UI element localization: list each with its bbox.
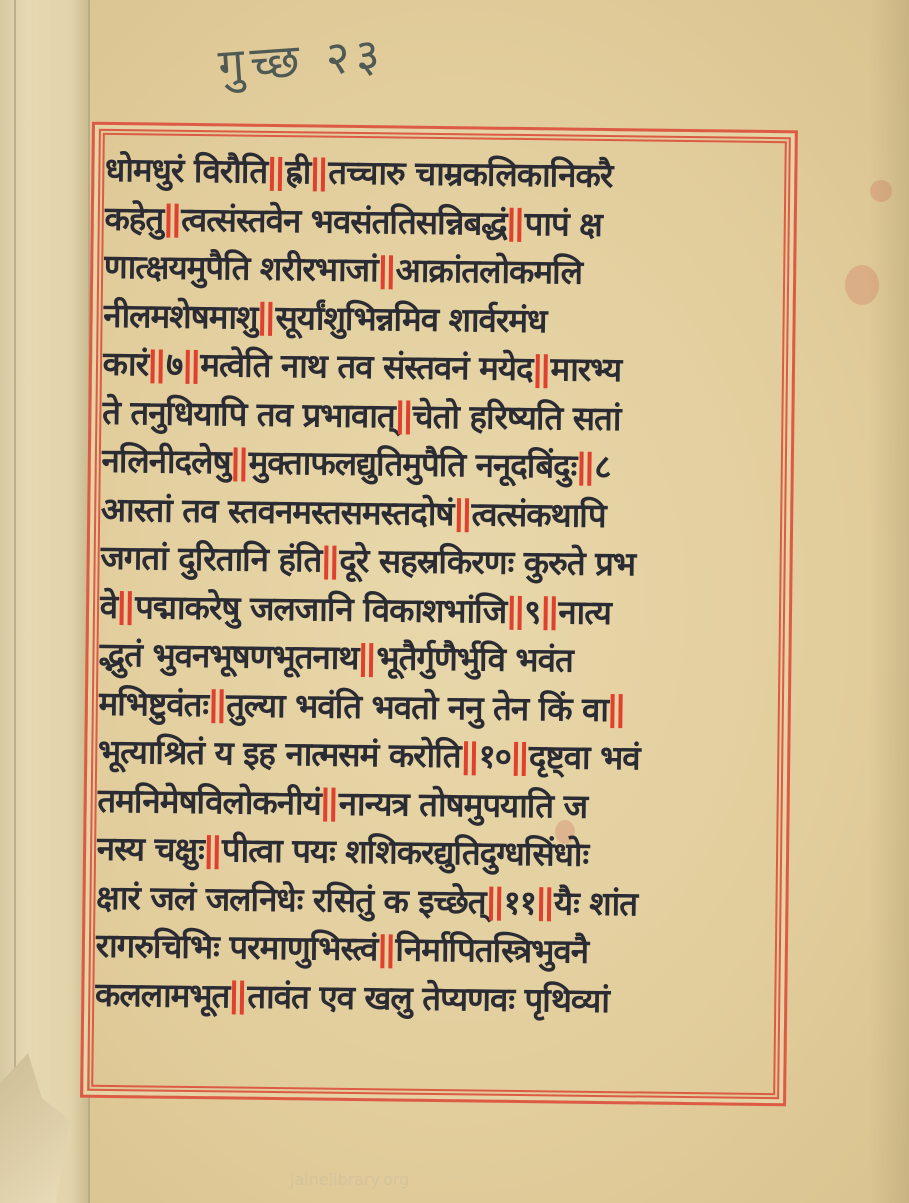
verse-text: मुक्ताफलद्युतिमुपैति ननूदबिंदुः bbox=[248, 443, 576, 486]
red-stain bbox=[845, 265, 879, 305]
verse-text: दूरे सहस्रकिरणः कुरुते प्रभ bbox=[339, 541, 635, 584]
verse-text: दृष्ट्वा भवं bbox=[529, 737, 640, 777]
red-stain bbox=[870, 180, 892, 202]
double-danda-mark bbox=[539, 887, 551, 921]
double-danda-mark bbox=[151, 349, 163, 383]
verse-text: मत्वेति नाथ तव संस्तवनं मयेद bbox=[200, 345, 533, 388]
verse-text: सूर्यांशुभिन्नमिव शार्वरमंध bbox=[275, 297, 546, 339]
watermark: jainelibrary.org bbox=[290, 1170, 409, 1189]
double-danda-mark bbox=[207, 835, 219, 869]
double-danda-mark bbox=[535, 354, 547, 388]
double-danda-mark bbox=[324, 788, 336, 822]
double-danda-mark bbox=[260, 302, 272, 336]
verse-text: त्वत्संस्तवेन भवसंततिसन्निबद्धं bbox=[181, 199, 507, 242]
double-danda-mark bbox=[456, 498, 468, 532]
double-danda-mark bbox=[380, 255, 392, 289]
double-danda-mark bbox=[488, 887, 500, 921]
double-danda-mark bbox=[463, 741, 475, 775]
manuscript-line: कहेतुत्वत्संस्तवेन भवसंततिसन्निबद्धंपापं… bbox=[104, 194, 795, 251]
verse-text: ७ bbox=[166, 345, 183, 384]
verse-text: नलिनीदलेषु bbox=[101, 441, 231, 482]
manuscript-line: तमनिमेषविलोकनीयंनान्यत्र तोषमुपयाति ज bbox=[97, 776, 788, 833]
verse-text: तुल्या भवंति भवतो ननु तेन किं वा bbox=[226, 685, 608, 729]
verse-text: ९ bbox=[524, 591, 541, 630]
manuscript-line: नस्य चक्षुःपीत्वा पयः शशिकरद्युतिदुग्धसि… bbox=[96, 825, 787, 882]
double-danda-mark bbox=[361, 642, 373, 676]
manuscript-line: णात्क्षयमुपैति शरीरभाजांआक्रांतलोकमलि bbox=[104, 243, 795, 300]
double-danda-mark bbox=[166, 204, 178, 238]
verse-text: णात्क्षयमुपैति शरीरभाजां bbox=[104, 247, 378, 289]
double-danda-mark bbox=[509, 596, 521, 630]
manuscript-line: कारं७मत्वेति नाथ तव संस्तवनं मयेदमारभ्य bbox=[102, 340, 793, 397]
manuscript-line: आस्तां तव स्तवनमस्तसमस्तदोषंत्वत्संकथापि bbox=[101, 485, 792, 542]
verse-text: यैः शांत bbox=[554, 883, 638, 923]
verse-text: रागरुचिभिः परमाणुभिस्त्वं bbox=[95, 926, 377, 968]
verse-text: आस्तां तव स्तवनमस्तसमस्तदोषं bbox=[101, 489, 454, 532]
verse-text: पापं क्ष bbox=[524, 203, 602, 243]
double-danda-mark bbox=[233, 447, 245, 481]
double-danda-mark bbox=[397, 400, 409, 434]
manuscript-line: कललामभूततावंत एव खलु तेप्यणवः पृथिव्यां bbox=[95, 970, 786, 1027]
verse-text: पद्माकरेषु जलजानि विकाशभांजि bbox=[135, 587, 507, 631]
manuscript-line: वेपद्माकरेषु जलजानि विकाशभांजि९नात्य bbox=[99, 582, 790, 639]
double-danda-mark bbox=[185, 349, 197, 383]
verse-text: नस्य चक्षुः bbox=[97, 829, 205, 869]
verse-text: ८ bbox=[594, 447, 611, 486]
verse-text: कारं bbox=[102, 344, 148, 384]
verse-text: भूत्याश्रितं य इह नात्मसमं करोति bbox=[98, 732, 461, 775]
verse-text: वे bbox=[100, 586, 118, 625]
double-danda-mark bbox=[543, 596, 555, 630]
double-danda-mark bbox=[514, 741, 526, 775]
double-danda-mark bbox=[579, 451, 591, 485]
double-danda-mark bbox=[232, 980, 244, 1014]
binding-strip bbox=[0, 0, 90, 1203]
verse-text: पीत्वा पयः शशिकरद्युतिदुग्धसिंधोः bbox=[222, 830, 589, 873]
verse-text: ११ bbox=[503, 882, 536, 921]
verse-text: धोमधुरं विरौति bbox=[105, 150, 268, 191]
verse-text: द्भुतं भुवनभूषणभूतनाथ bbox=[99, 635, 359, 677]
manuscript-line: जगतां दुरितानि हंतिदूरे सहस्रकिरणः कुरुत… bbox=[100, 534, 791, 591]
manuscript-line: रागरुचिभिः परमाणुभिस्त्वंनिर्मापितस्त्रि… bbox=[95, 922, 786, 979]
double-danda-mark bbox=[380, 934, 392, 968]
verse-text: तच्चारु चाम्रकलिकानिकरै bbox=[328, 153, 613, 195]
verse-text: कहेतु bbox=[104, 198, 163, 238]
manuscript-line: द्भुतं भुवनभूषणभूतनाथभूतैर्गुणैर्भुवि भव… bbox=[99, 631, 790, 688]
verse-text: चेतो हरिष्यति सतां bbox=[412, 396, 620, 438]
verse-text: भूतैर्गुणैर्भुवि भवंत bbox=[376, 638, 573, 679]
binding-fold bbox=[14, 0, 16, 1203]
verse-text: आक्रांतलोकमलि bbox=[395, 250, 582, 291]
double-danda-mark bbox=[611, 694, 623, 728]
verse-text: नीलमशेषमाशु bbox=[103, 295, 258, 336]
verse-text: कललामभूत bbox=[95, 974, 230, 1015]
manuscript-page: गुच्छ २३ धोमधुरं विरौतिह्रीतच्चारु चाम्र… bbox=[0, 0, 909, 1203]
double-danda-mark bbox=[313, 157, 325, 191]
verse-text: १० bbox=[478, 736, 511, 775]
verse-text: त्वत्संकथापि bbox=[471, 494, 606, 535]
double-danda-mark bbox=[211, 689, 223, 723]
verse-text: मभिष्टुवंतः bbox=[98, 683, 208, 723]
verse-text: क्षारं जलं जलनिधेः रसितुं क इच्छेत् bbox=[96, 877, 486, 921]
manuscript-line: धोमधुरं विरौतिह्रीतच्चारु चाम्रकलिकानिकर… bbox=[105, 146, 796, 203]
double-danda-mark bbox=[509, 208, 521, 242]
verse-text: तावंत एव खलु तेप्यणवः पृथिव्यां bbox=[247, 976, 609, 1019]
double-danda-mark bbox=[270, 156, 282, 190]
verse-text: ते तनुधियापि तव प्रभावात् bbox=[102, 392, 395, 435]
manuscript-line: मभिष्टुवंतःतुल्या भवंति भवतो ननु तेन किं… bbox=[98, 679, 789, 736]
verse-text: मारभ्य bbox=[550, 349, 621, 389]
folio-label: गुच्छ २३ bbox=[216, 22, 387, 96]
manuscript-line: क्षारं जलं जलनिधेः रसितुं क इच्छेत्११यैः… bbox=[96, 873, 787, 930]
double-danda-mark bbox=[324, 545, 336, 579]
verse-text: जगतां दुरितानि हंति bbox=[100, 538, 322, 580]
manuscript-line: ते तनुधियापि तव प्रभावात्चेतो हरिष्यति स… bbox=[102, 388, 793, 445]
verse-text: नात्य bbox=[558, 592, 611, 632]
verse-text: निर्मापितस्त्रिभुवनै bbox=[395, 929, 588, 970]
manuscript-text-block: धोमधुरं विरौतिह्रीतच्चारु चाम्रकलिकानिकर… bbox=[95, 146, 796, 1027]
verse-text: तमनिमेषविलोकनीयं bbox=[97, 780, 321, 822]
verse-text: ह्री bbox=[285, 152, 311, 191]
double-danda-mark bbox=[120, 591, 132, 625]
manuscript-line: भूत्याश्रितं य इह नात्मसमं करोति१०दृष्ट्… bbox=[98, 728, 789, 785]
manuscript-line: नलिनीदलेषुमुक्ताफलद्युतिमुपैति ननूदबिंदु… bbox=[101, 437, 792, 494]
manuscript-line: नीलमशेषमाशुसूर्यांशुभिन्नमिव शार्वरमंध bbox=[103, 291, 794, 348]
verse-text: नान्यत्र तोषमुपयाति ज bbox=[339, 783, 588, 825]
